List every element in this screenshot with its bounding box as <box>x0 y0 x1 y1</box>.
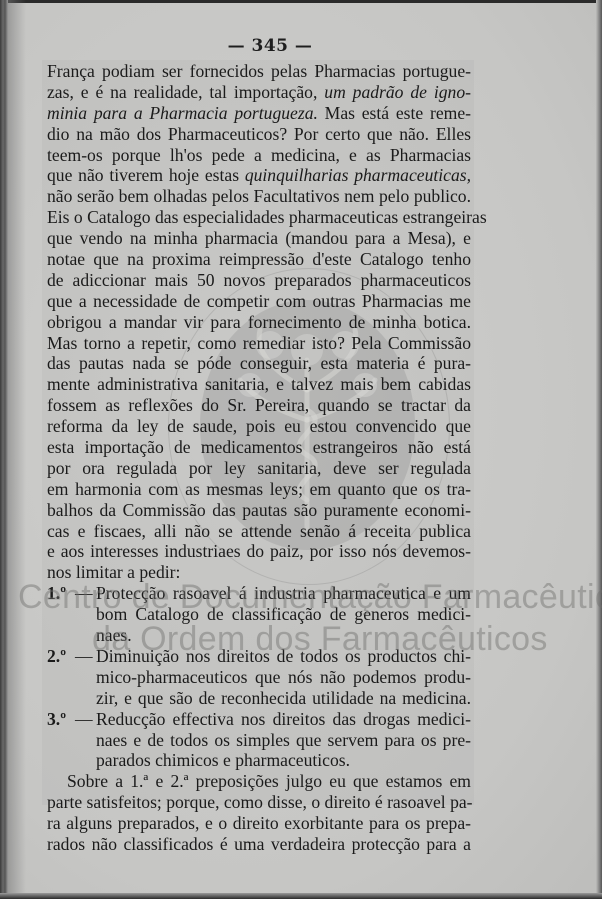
text-line: por ora regulada por ley sanitaria, deve… <box>47 458 471 479</box>
scan-edge-bottom <box>0 893 602 899</box>
text-line: notae que na proxima reimpressão d'este … <box>47 249 471 270</box>
list-dash: — <box>75 646 93 667</box>
text-line: e aos interesses industriaes do paiz, po… <box>47 541 471 562</box>
request-list-item-3: 3.º — Reducção effectiva nos direitos da… <box>47 709 471 772</box>
text-line: Reducção effectiva nos direitos das drog… <box>96 709 471 730</box>
list-dash: — <box>75 583 93 604</box>
text-line: parte satisfeitos; porque, como disse, o… <box>47 792 471 813</box>
text-line: não serão bem olhadas pelos Facultativos… <box>47 186 471 207</box>
text-line: teem-os porque lh'os pede a medicina, e … <box>47 145 471 166</box>
italic-run: um padrão de igno- <box>324 82 471 102</box>
text-line: reforma da ley de saude, pois eu estou c… <box>47 416 471 437</box>
text-line: dio na mão dos Pharmaceuticos? Por certo… <box>47 124 471 145</box>
text-line: que não tiverem hoje estas quinquilharia… <box>47 165 471 186</box>
text-line: zas, e é na realidade, tal importação, u… <box>47 82 471 103</box>
italic-run: minia para a Pharmacia portugueza. <box>47 103 318 123</box>
text-run: zas, e é na realidade, tal importação, <box>47 82 324 102</box>
scan-edge-top <box>0 0 602 3</box>
text-line: esta importação de medicamentos estrange… <box>47 437 471 458</box>
text-line: que vendo na minha pharmacia (mandou par… <box>47 228 471 249</box>
page-number: — 345 — <box>0 36 540 56</box>
list-number: 3.º <box>47 709 66 730</box>
list-dash: — <box>75 709 93 730</box>
text-line: Mas torno a repetir, como remediar isto?… <box>47 333 471 354</box>
text-line: naes. <box>96 625 471 646</box>
text-line: rados não classificados é uma verdadeira… <box>47 834 471 855</box>
text-line: em harmonia com as mesmas leys; em quant… <box>47 479 471 500</box>
text-line: bom Catalogo de classificação de generos… <box>96 604 471 625</box>
text-line: naes e de todos os simples que servem pa… <box>96 730 471 751</box>
scanned-page: — 345 — França podiam ser fornecidos pel… <box>0 0 602 899</box>
text-line: nos limitar a pedir: <box>47 562 471 583</box>
text-line: França podiam ser fornecidos pelas Pharm… <box>47 61 471 82</box>
text-run: Mas está este reme- <box>318 103 471 123</box>
text-line: Eis o Catalogo das especialidades pharma… <box>47 207 471 228</box>
italic-run: quinquilharias pharmaceuticas, <box>245 165 471 185</box>
text-line: mente administrativa sanitaria, e talvez… <box>47 374 471 395</box>
text-line: ra alguns preparados, e o direito exorbi… <box>47 813 471 834</box>
text-line: parados chimicos e pharmaceuticos. <box>96 750 471 771</box>
text-line: Sobre a 1.ª e 2.ª preposições julgo eu q… <box>47 771 471 792</box>
request-list-item-1: 1.º — Protecção rasoavel á industria pha… <box>47 583 471 646</box>
text-line: minia para a Pharmacia portugueza. Mas e… <box>47 103 471 124</box>
gutter-shadow <box>8 0 26 899</box>
text-line: de adiccionar mais 50 novos preparados p… <box>47 270 471 291</box>
text-line: das pautas nada se póde conseguir, esta … <box>47 353 471 374</box>
text-line: Protecção rasoavel á industria pharmaceu… <box>96 583 471 604</box>
list-number: 1.º <box>47 583 66 604</box>
scan-edge-left <box>0 0 8 899</box>
text-line: fossem as reflexões do Sr. Pereira, quan… <box>47 395 471 416</box>
text-line: Diminuição nos direitos de todos os prod… <box>96 646 471 667</box>
text-line: obrigou a mandar vir para fornecimento d… <box>47 312 471 333</box>
text-run: que não tiverem hoje estas <box>47 165 245 185</box>
text-line: cas e fiscaes, alli não se attende senão… <box>47 521 471 542</box>
text-line: balhos da Commissão das pautas são puram… <box>47 500 471 521</box>
page-body: França podiam ser fornecidos pelas Pharm… <box>47 61 471 855</box>
scan-edge-right <box>596 0 602 899</box>
request-list-item-2: 2.º — Diminuição nos direitos de todos o… <box>47 646 471 709</box>
text-line: zir, e que são de reconhecida utilidade … <box>96 688 471 709</box>
text-line: que a necessidade de competir com outras… <box>47 291 471 312</box>
text-line: mico-pharmaceuticos que nós não podemos … <box>96 667 471 688</box>
list-number: 2.º <box>47 646 66 667</box>
